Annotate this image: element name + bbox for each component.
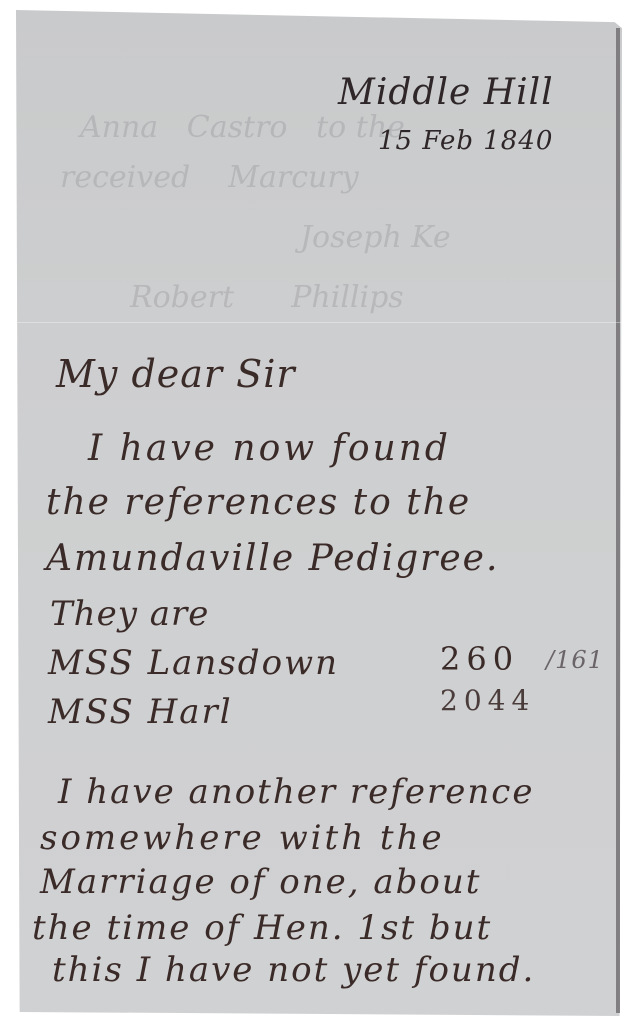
show-through-writing: received Marcury: [60, 160, 359, 195]
closing-line: I have another reference: [58, 772, 534, 812]
body-line: Amundaville Pedigree.: [46, 538, 499, 579]
reference-folio: /161: [546, 646, 604, 674]
letter-heading-place: Middle Hill: [338, 72, 554, 113]
closing-line: somewhere with the: [40, 818, 445, 858]
show-through-writing: Joseph Ke: [300, 220, 451, 255]
paper-edge-shadow: [616, 28, 620, 1013]
reference-label: MSS Lansdown: [48, 643, 339, 683]
closing-line: the time of Hen. 1st but: [32, 908, 492, 948]
show-through-writing: Anna Castro to the: [80, 110, 405, 145]
reference-number: 2044: [440, 684, 535, 717]
closing-line: Marriage of one, about: [40, 862, 481, 902]
body-line: I have now found: [88, 428, 451, 469]
show-through-writing: Robert Phillips: [130, 280, 404, 315]
body-line: the references to the: [46, 482, 471, 523]
reference-number: 260: [440, 640, 519, 678]
body-line: They are: [50, 594, 209, 634]
letter-heading-date: 15 Feb 1840: [378, 126, 553, 156]
letter-salutation: My dear Sir: [56, 352, 296, 396]
closing-line: this I have not yet found.: [52, 950, 535, 990]
fold-line: [16, 322, 622, 323]
reference-label: MSS Harl: [48, 692, 233, 732]
